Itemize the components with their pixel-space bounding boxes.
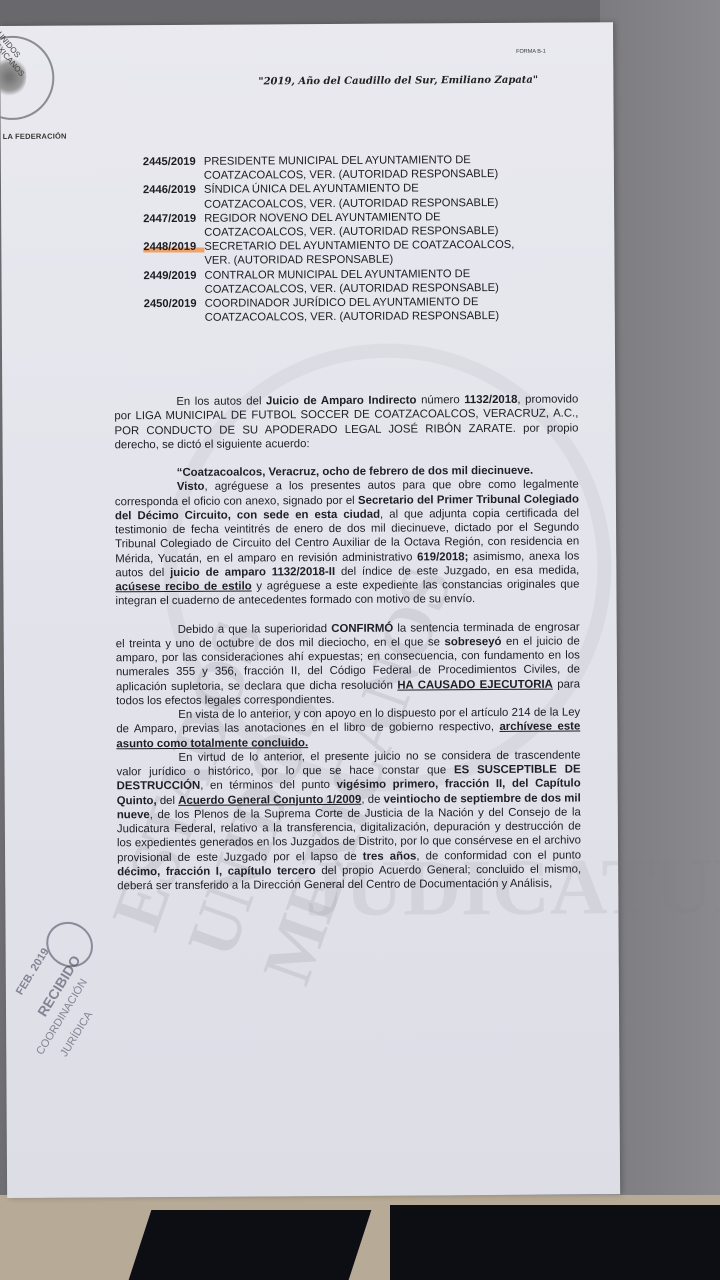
addressee-number: 2445/2019 <box>143 155 204 170</box>
virtud-paragraph: En virtud de lo anterior, el presente ju… <box>116 748 581 893</box>
addressee-row: 2445/2019PRESIDENTE MUNICIPAL DEL AYUNTA… <box>143 152 583 169</box>
addressee-row: 2447/2019REGIDOR NOVENO DEL AYUNTAMIENTO… <box>143 209 583 226</box>
addressee-title: SECRETARIO DEL AYUNTAMIENTO DE COATZACOA… <box>204 238 583 255</box>
dark-object <box>129 1210 372 1280</box>
addressee-row: 2449/2019CONTRALOR MUNICIPAL DEL AYUNTAM… <box>143 266 583 283</box>
addressee-number: 2450/2019 <box>144 297 205 312</box>
addressee-number: 2449/2019 <box>143 268 204 283</box>
addressee-title: PRESIDENTE MUNICIPAL DEL AYUNTAMIENTO DE <box>204 152 583 169</box>
addressee-row: 2450/2019COORDINADOR JURÍDICO DEL AYUNTA… <box>144 294 584 311</box>
intro-paragraph: En los autos del Juicio de Amparo Indire… <box>114 392 578 452</box>
addressee-list: 2445/2019PRESIDENTE MUNICIPAL DEL AYUNTA… <box>143 152 584 325</box>
vista-paragraph: En vista de lo anterior, y con apoyo en … <box>116 705 580 751</box>
addressee-row: 2446/2019SÍNDICA ÚNICA DEL AYUNTAMIENTO … <box>143 181 583 198</box>
addressee-row: 2448/2019SECRETARIO DEL AYUNTAMIENTO DE … <box>143 238 583 255</box>
addressee-title: SÍNDICA ÚNICA DEL AYUNTAMIENTO DE <box>204 181 583 198</box>
addressee-title: COORDINADOR JURÍDICO DEL AYUNTAMIENTO DE <box>205 294 584 311</box>
dark-object <box>390 1205 720 1280</box>
visto-paragraph: Visto, agréguese a los presentes autos p… <box>115 478 580 609</box>
document-body: En los autos del Juicio de Amparo Indire… <box>114 392 581 893</box>
received-stamp: FEB. 2019 RECIBIDO COORDINACIÓN JURÍDICA <box>5 870 116 1071</box>
addressee-location: COATZACOALCOS, VER. (AUTORIDAD RESPONSAB… <box>144 309 584 326</box>
addressee-number: 2447/2019 <box>143 212 204 227</box>
addressee-title: REGIDOR NOVENO DEL AYUNTAMIENTO DE <box>204 209 583 226</box>
year-motto: "2019, Año del Caudillo del Sur, Emilian… <box>258 75 538 88</box>
institution-label: LA FEDERACIÓN <box>3 132 67 141</box>
addressee-number: 2448/2019 <box>143 240 204 255</box>
document-page: ESTADOS UNIDOS MEXICANOS JUDICATURA UNID… <box>0 22 620 1198</box>
addressee-number: 2446/2019 <box>143 183 204 198</box>
addressee-title: CONTRALOR MUNICIPAL DEL AYUNTAMIENTO DE <box>204 266 583 283</box>
debido-paragraph: Debido a que la superioridad CONFIRMÓ la… <box>116 620 581 708</box>
form-code: FORMA B-1 <box>516 49 546 55</box>
